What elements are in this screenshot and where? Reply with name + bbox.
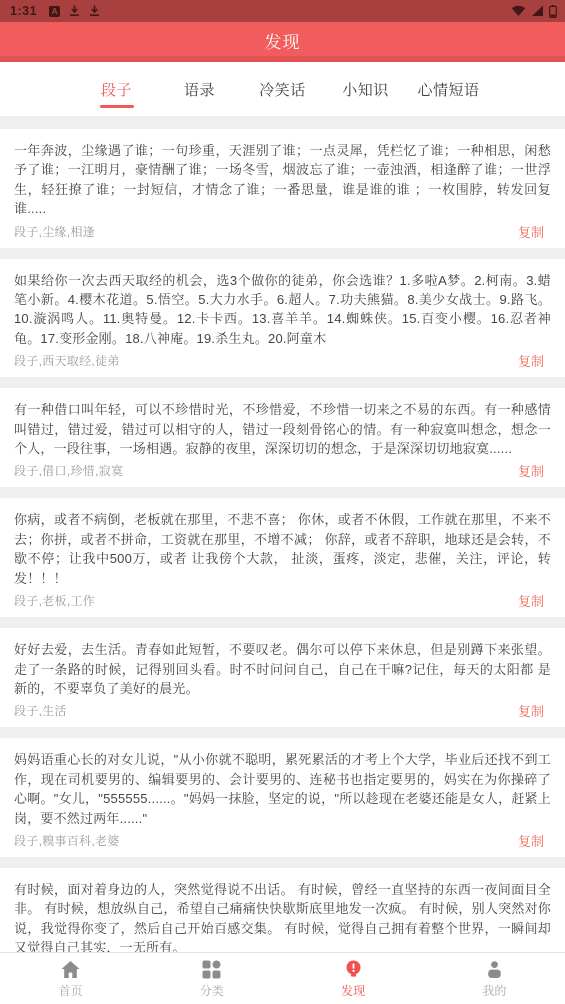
nav-label: 发现 <box>341 982 365 999</box>
tab-xiaozhishi[interactable]: 小知识 <box>324 62 407 116</box>
card-footer: 段子,尘缘,相逢 复制 <box>14 223 551 240</box>
app-screen: 1:31 A 发现 段子 语录 冷笑话 <box>0 0 565 1004</box>
nav-label: 分类 <box>200 982 224 999</box>
joke-tags: 段子,西天取经,徒弟 <box>14 352 120 369</box>
cell-signal-icon <box>531 5 544 17</box>
joke-tags: 段子,老板,工作 <box>14 592 95 609</box>
copy-button[interactable]: 复制 <box>518 461 551 480</box>
tab-lengxiaohua[interactable]: 冷笑话 <box>241 62 324 116</box>
joke-tags: 段子,生活 <box>14 702 67 719</box>
nav-label: 我的 <box>482 982 506 999</box>
status-bar-left-icons: A <box>49 5 511 17</box>
tab-bar: 段子 语录 冷笑话 小知识 心情短语 <box>0 62 565 116</box>
copy-button[interactable]: 复制 <box>518 222 551 241</box>
app-bar: 发现 <box>0 22 565 62</box>
status-bar: 1:31 A <box>0 0 565 22</box>
joke-text: 有一种借口叫年轻，可以不珍惜时光，不珍惜爱，不珍惜一切来之不易的东西。有一种感情… <box>14 400 551 458</box>
card-footer: 段子,借口,珍惜,寂寞 复制 <box>14 462 551 479</box>
page-title: 发现 <box>265 28 301 57</box>
joke-card[interactable]: 有时候，面对着身边的人，突然觉得说不出话。 有时候，曾经一直坚持的东西一夜间面目… <box>0 868 565 966</box>
joke-text: 一年奔波，尘缘遇了谁；一句珍重，天涯别了谁；一点灵犀，凭栏忆了谁；一种相思，闲愁… <box>14 141 551 219</box>
joke-card[interactable]: 一年奔波，尘缘遇了谁；一句珍重，天涯别了谁；一点灵犀，凭栏忆了谁；一种相思，闲愁… <box>0 129 565 248</box>
card-footer: 段子,生活 复制 <box>14 702 551 719</box>
battery-icon <box>549 5 557 18</box>
tab-duanzi[interactable]: 段子 <box>75 62 158 116</box>
joke-card[interactable]: 如果给你一次去西天取经的机会，选3个做你的徒弟，你会选谁？1.多啦A梦。2.柯南… <box>0 259 565 378</box>
joke-text: 你病，或者不病倒，老板就在那里，不悲不喜； 你休，或者不休假，工作就在那里，不来… <box>14 510 551 588</box>
category-grid-icon <box>202 960 221 979</box>
nav-item-profile[interactable]: 我的 <box>424 953 565 1004</box>
joke-text: 有时候，面对着身边的人，突然觉得说不出话。 有时候，曾经一直坚持的东西一夜间面目… <box>14 880 551 958</box>
profile-icon <box>485 960 504 979</box>
card-footer: 段子,西天取经,徒弟 复制 <box>14 352 551 369</box>
nav-label: 首页 <box>59 982 83 999</box>
joke-card[interactable]: 你病，或者不病倒，老板就在那里，不悲不喜； 你休，或者不休假，工作就在那里，不来… <box>0 498 565 617</box>
download-done-icon <box>69 5 80 17</box>
copy-button[interactable]: 复制 <box>518 351 551 370</box>
nav-item-discover[interactable]: 发现 <box>283 953 424 1004</box>
copy-button[interactable]: 复制 <box>518 701 551 720</box>
card-footer: 段子,糗事百科,老婆 复制 <box>14 832 551 849</box>
joke-text: 妈妈语重心长的对女儿说，"从小你就不聪明，累死累活的才考上个大学，毕业后还找不到… <box>14 750 551 828</box>
joke-tags: 段子,借口,珍惜,寂寞 <box>14 462 123 479</box>
joke-card[interactable]: 有一种借口叫年轻，可以不珍惜时光，不珍惜爱，不珍惜一切来之不易的东西。有一种感情… <box>0 388 565 487</box>
joke-card[interactable]: 好好去爱，去生活。青春如此短暂，不要叹老。偶尔可以停下来休息，但是别蹲下来张望。… <box>0 628 565 727</box>
joke-card[interactable]: 妈妈语重心长的对女儿说，"从小你就不聪明，累死累活的才考上个大学，毕业后还找不到… <box>0 738 565 857</box>
joke-feed: 一年奔波，尘缘遇了谁；一句珍重，天涯别了谁；一点灵犀，凭栏忆了谁；一种相思，闲愁… <box>0 116 565 966</box>
download-done-icon <box>89 5 100 17</box>
joke-text: 好好去爱，去生活。青春如此短暂，不要叹老。偶尔可以停下来休息，但是别蹲下来张望。… <box>14 640 551 698</box>
copy-button[interactable]: 复制 <box>518 831 551 850</box>
a-badge-icon: A <box>49 6 60 17</box>
nav-item-home[interactable]: 首页 <box>0 953 141 1004</box>
joke-text: 如果给你一次去西天取经的机会，选3个做你的徒弟，你会选谁？1.多啦A梦。2.柯南… <box>14 271 551 349</box>
tab-xinqingduanyu[interactable]: 心情短语 <box>407 62 490 116</box>
home-icon <box>60 960 81 979</box>
status-bar-right-icons <box>511 5 557 18</box>
joke-tags: 段子,尘缘,相逢 <box>14 223 95 240</box>
card-footer: 段子,老板,工作 复制 <box>14 592 551 609</box>
tab-yulu[interactable]: 语录 <box>158 62 241 116</box>
clock-text: 1:31 <box>10 4 37 18</box>
nav-item-category[interactable]: 分类 <box>141 953 282 1004</box>
joke-tags: 段子,糗事百科,老婆 <box>14 832 120 849</box>
wifi-icon <box>511 5 526 17</box>
bottom-nav: 首页 分类 发现 我的 <box>0 952 565 1004</box>
copy-button[interactable]: 复制 <box>518 591 551 610</box>
discover-bulb-icon <box>344 960 363 979</box>
